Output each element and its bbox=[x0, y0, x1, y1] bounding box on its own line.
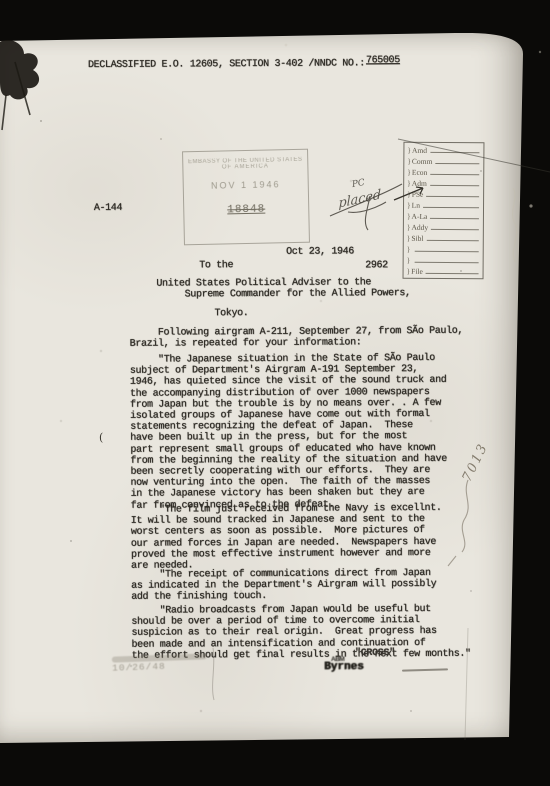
cross-codeword: "CROSS" bbox=[355, 648, 395, 659]
quoted-paragraph-2: "The film just received from the Navy is… bbox=[131, 503, 442, 572]
document-id: A-144 bbox=[94, 203, 122, 214]
microfilm-scan: EMBASSY OF THE UNITED STATES OF AMERICA … bbox=[0, 0, 550, 786]
quoted-paragraph-3: "The receipt of communications direct fr… bbox=[131, 568, 436, 603]
declassification-number: 765005 bbox=[366, 55, 400, 66]
margin-paren-mark: ( bbox=[99, 431, 103, 444]
addressee-city: Tokyo. bbox=[214, 308, 248, 319]
reference-number: 2962 bbox=[365, 260, 388, 271]
letter-date: Oct 23, 1946 bbox=[286, 246, 354, 258]
to-label: To the bbox=[199, 260, 233, 271]
intro-paragraph: Following airgram A-211, September 27, f… bbox=[130, 326, 464, 350]
quoted-paragraph-4: "Radio broadcasts from Japan would be us… bbox=[131, 604, 470, 662]
typed-content: DECLASSIFIED E.O. 12605, SECTION 3-402 /… bbox=[0, 0, 550, 786]
quoted-paragraph-1: "The Japanese situation in the State of … bbox=[130, 353, 447, 512]
faint-date-stamp: 10/26/48 bbox=[112, 653, 208, 673]
addressee: United States Political Adviser to the S… bbox=[156, 277, 410, 301]
declassification-line: DECLASSIFIED E.O. 12605, SECTION 3-402 /… bbox=[88, 58, 365, 71]
signature-byrnes: Byrnes bbox=[324, 661, 364, 673]
